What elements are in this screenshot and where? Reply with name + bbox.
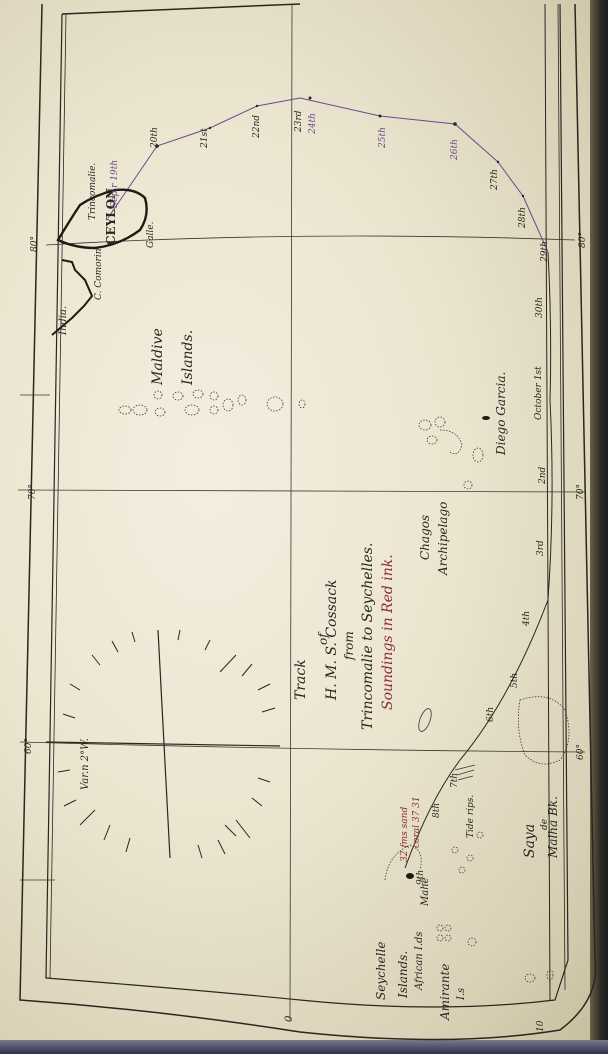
label-chagos-1: Chagos [418,515,432,560]
label-d29: 29th [540,241,550,262]
map-drawing [0,0,608,1054]
label-oct1: October 1st [534,366,544,420]
label-amirante-2: I.s [456,988,467,1000]
maldive-atolls [119,390,305,416]
label-seychelle-2: Islands. [396,951,410,998]
label-d21: 21st [200,128,210,148]
title-line-from: from [342,631,356,660]
label-d20: 20th [150,127,160,148]
diego-garcia-island [482,416,490,420]
label-cape-comorin: C. Comorin. [94,246,104,300]
graticule [18,4,585,1020]
label-india: India. [58,306,69,335]
label-seychelle-1: Seychelle [374,942,388,1000]
label-trincomalie: Trincomalie. [88,163,98,220]
label-lon-80-bottom: 80° [578,232,588,248]
label-mahe: Mahé [420,877,431,906]
label-lon-70-top: 70° [28,484,38,500]
label-equator: 0 [284,1016,295,1022]
label-galle: Galle. [146,222,156,249]
label-d30: 30th [535,297,545,318]
label-sep19: Sep.r 19th [110,160,120,208]
label-maldive-2: Islands. [180,330,196,385]
label-lat-10: 10 [536,1021,546,1032]
label-african-islands: African I.ds [414,931,425,990]
label-saya-3: Malha Bk. [546,796,560,858]
label-lon-80-top: 80° [30,236,40,252]
label-o6: 6th [486,707,496,722]
label-chagos-2: Archipelago [436,502,450,575]
label-maldive-1: Maldive [150,328,166,385]
title-line-soundings: Soundings in Red ink. [380,554,396,710]
shoal [416,707,434,733]
label-d26: 26th [450,139,460,160]
label-d24: 24th [308,113,318,134]
title-line-ship: H. M. S. Cossack [324,579,340,700]
label-o4: 4th [522,611,532,626]
label-lon-60-bottom: 60° [576,744,586,760]
title-line-route: Trincomalie to Seychelles. [360,543,376,730]
label-o8: 8th [432,803,442,818]
label-d27: 27th [490,169,500,190]
label-saya-1: Saya [522,824,538,858]
label-diego-garcia: Diego Garcia. [494,372,508,455]
ceylon-island [58,190,147,248]
label-d23: 23rd [294,110,304,132]
label-o7: 7th [450,773,460,788]
label-o3: 3rd [536,540,546,556]
label-o5: 5th [510,673,520,688]
label-lon-70-bottom: 70° [576,484,586,500]
label-d25: 25th [378,127,388,148]
label-variation: Var.n 2°W. [80,738,91,790]
label-amirante-1: Amirante [438,964,452,1020]
label-lon-60-top: 60° [24,738,34,754]
ship-track [108,97,552,869]
label-sounding-2: coral 37 31 [412,796,422,848]
chagos-atolls [419,417,483,489]
title-line-track: Track [293,659,309,700]
map-frame [20,4,596,1040]
saya-de-malha-bank [518,697,569,764]
label-d28: 28th [518,207,528,228]
label-sounding-1: 32 fms sand [400,807,410,862]
label-o2: 2nd [538,467,548,484]
label-tide-rips: Tide rips. [466,795,476,838]
label-d22: 22nd [252,115,262,138]
